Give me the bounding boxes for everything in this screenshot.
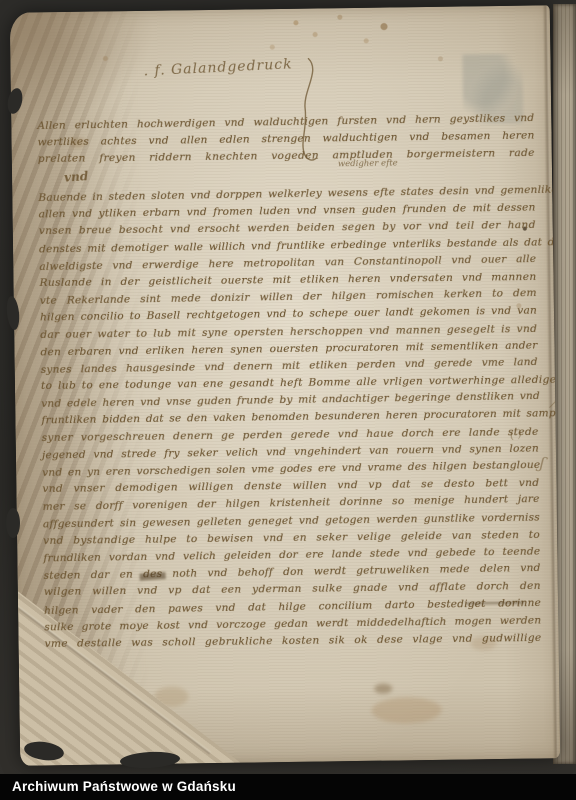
archive-name-label: Archiwum Państwowe w Gdańsku xyxy=(0,774,576,800)
archive-scan-photo: . f. Galandgedruck wedigher efte Allen e… xyxy=(0,0,576,800)
margin-mark: ( ) xyxy=(509,427,523,442)
archive-watermark-bar: Archiwum Państwowe w Gdańsku xyxy=(0,774,576,800)
salutation-block: Allen erluchten hochwerdigen vnd walduch… xyxy=(37,110,535,168)
deckle-edge-nick xyxy=(6,508,20,538)
body-text-block: Bauende in steden sloten vnd dorppen wel… xyxy=(38,182,541,653)
manuscript-page: . f. Galandgedruck wedigher efte Allen e… xyxy=(10,5,560,765)
salutation-tail-word: vnd xyxy=(64,169,89,185)
